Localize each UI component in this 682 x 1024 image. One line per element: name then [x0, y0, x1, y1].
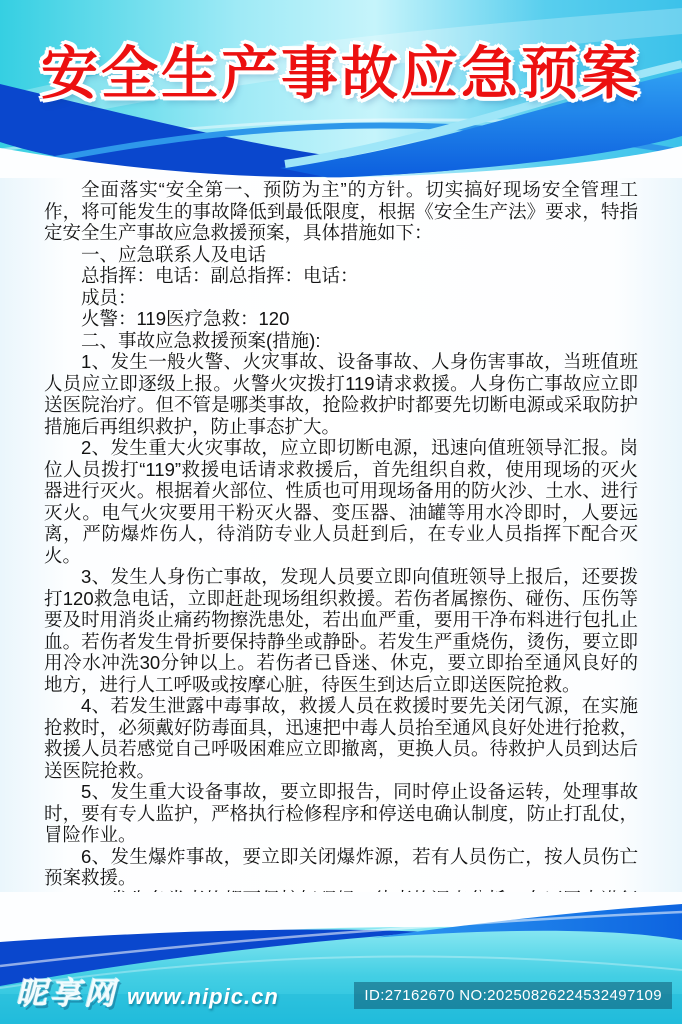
body-paragraph: 全面落实“安全第一、预防为主”的方针。切实搞好现场安全管理工作，将可能发生的事故… — [44, 179, 638, 244]
body-paragraph: 4、若发生泄露中毒事故，救援人员在救援时要先关闭气源，在实施抢救时，必须戴好防毒… — [44, 695, 638, 781]
footer-banner: 昵享网 www.nipic.cn ID:27162670 NO:20250826… — [0, 892, 682, 1024]
body-paragraph: 1、发生一般火警、火灾事故、设备事故、人身伤害事故，当班值班人员应立即逐级上报。… — [44, 351, 638, 437]
body-paragraph: 3、发生人身伤亡事故，发现人员要立即向值班领导上报后，还要拨打120救急电话，立… — [44, 566, 638, 695]
body-paragraph: 6、发生爆炸事故，要立即关闭爆炸源，若有人员伤亡，按人员伤亡预案救援。 — [44, 846, 638, 889]
body-paragraph: 2、发生重大火灾事故，应立即切断电源，迅速向值班领导汇报。岗位人员拨打“119”… — [44, 437, 638, 566]
body-paragraph: 火警：119医疗急救：120 — [44, 308, 638, 330]
watermark: 昵享网 www.nipic.cn — [16, 968, 279, 1013]
poster-title: 安全生产事故应急预案 — [0, 28, 682, 110]
watermark-url: www.nipic.cn — [127, 984, 279, 1010]
body-paragraph: 二、事故应急救援预案(措施): — [44, 330, 638, 352]
body-paragraph: 5、发生重大设备事故，要立即报告，同时停止设备运转，处理事故时，要有专人监护，严… — [44, 781, 638, 846]
body-paragraph: 成员： — [44, 287, 638, 309]
nipic-logo: 昵享网 — [16, 968, 118, 1013]
header-banner: 安全生产事故应急预案 — [0, 0, 682, 178]
body-paragraph: 总指挥：电话：副总指挥：电话： — [44, 265, 638, 287]
image-id-badge: ID:27162670 NO:20250826224532497109 — [354, 982, 672, 1009]
body-paragraph: 一、应急联系人及电话 — [44, 244, 638, 266]
body-content: 全面落实“安全第一、预防为主”的方针。切实搞好现场安全管理工作，将可能发生的事故… — [44, 179, 638, 932]
poster: 安全生产事故应急预案 全面落实“安全第一、预防为主”的方针。切实搞好现场安全管理… — [0, 0, 682, 1024]
